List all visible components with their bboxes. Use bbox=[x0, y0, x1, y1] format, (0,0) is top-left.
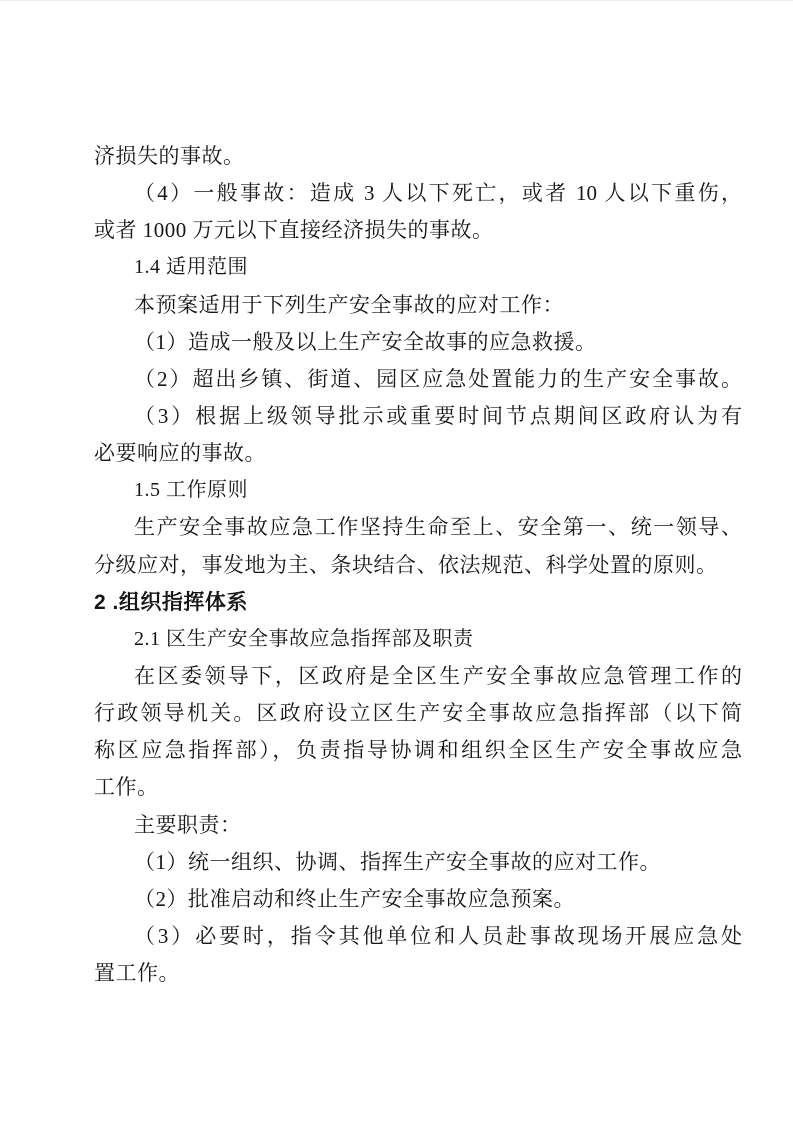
subsection-heading: 2.1 区生产安全事故应急指挥部及职责 bbox=[94, 621, 742, 658]
subsection-heading: 1.4 适用范围 bbox=[94, 249, 742, 286]
text-line: （2）超出乡镇、街道、园区应急处置能力的生产安全事故。 bbox=[94, 361, 742, 398]
text-line: （3）必要时，指令其他单位和人员赴事故现场开展应急处 bbox=[94, 918, 742, 955]
section-heading: 2 .组织指挥体系 bbox=[94, 584, 742, 621]
text-line: 本预案适用于下列生产安全事故的应对工作： bbox=[94, 287, 742, 324]
text-line: 生产安全事故应急工作坚持生命至上、安全第一、统一领导、 bbox=[94, 509, 742, 546]
text-line: （1）造成一般及以上生产安全故事的应急救援。 bbox=[94, 324, 742, 361]
text-line: （1）统一组织、协调、指挥生产安全事故的应对工作。 bbox=[94, 844, 742, 881]
document-page: 济损失的事故。（4）一般事故：造成 3 人以下死亡，或者 10 人以下重伤，或者… bbox=[0, 0, 793, 1122]
text-line: （3）根据上级领导批示或重要时间节点期间区政府认为有 bbox=[94, 398, 742, 435]
text-line: 济损失的事故。 bbox=[94, 138, 742, 175]
text-line: 称区应急指挥部），负责指导协调和组织全区生产安全事故应急 bbox=[94, 732, 742, 769]
text-line: （2）批准启动和终止生产安全事故应急预案。 bbox=[94, 881, 742, 918]
text-line: 行政领导机关。区政府设立区生产安全事故应急指挥部（以下简 bbox=[94, 695, 742, 732]
text-line: （4）一般事故：造成 3 人以下死亡，或者 10 人以下重伤， bbox=[94, 175, 742, 212]
text-line: 或者 1000 万元以下直接经济损失的事故。 bbox=[94, 212, 742, 249]
text-line: 在区委领导下，区政府是全区生产安全事故应急管理工作的 bbox=[94, 658, 742, 695]
text-line: 必要响应的事故。 bbox=[94, 435, 742, 472]
text-line: 主要职责： bbox=[94, 807, 742, 844]
subsection-heading: 1.5 工作原则 bbox=[94, 472, 742, 509]
text-line: 工作。 bbox=[94, 769, 742, 806]
text-line: 置工作。 bbox=[94, 955, 742, 992]
text-line: 分级应对，事发地为主、条块结合、依法规范、科学处置的原则。 bbox=[94, 547, 742, 584]
document-content: 济损失的事故。（4）一般事故：造成 3 人以下死亡，或者 10 人以下重伤，或者… bbox=[94, 138, 742, 992]
